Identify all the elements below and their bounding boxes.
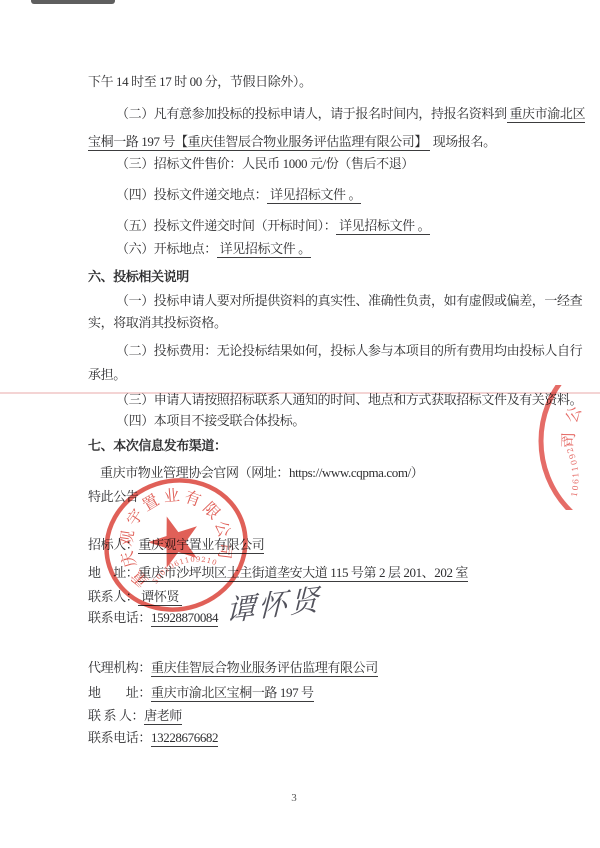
clause-2-underlined-location-1: 重庆市渝北区 [507, 106, 585, 123]
page-number: 3 [0, 792, 588, 804]
svg-text:庆: 庆 [117, 549, 140, 570]
clause-4-submission-place: （四）投标文件递交地点： 详见招标文件 。 [116, 185, 361, 205]
company-seal: 重 庆 观 宇 置 业 有 限 公 司 5001061109210 [100, 475, 252, 615]
clause-2-line-1: （二）凡有意参加投标的投标申请人，请于报名时间内，持报名资料到 重庆市渝北区 [116, 104, 585, 124]
clause-2-line-2: 宝桐一路 197 号【重庆佳智辰合物业服务评估监理有限公司】 现场报名。 [88, 132, 496, 152]
clause-5-value: 详见招标文件 。 [336, 218, 430, 235]
edge-seal-char-1: 公 [562, 404, 586, 426]
svg-text:有: 有 [182, 487, 204, 510]
agent-phone-row: 联系电话：13228676682 [88, 728, 218, 748]
svg-text:公: 公 [211, 518, 234, 539]
agent-phone-value: 13228676682 [151, 730, 218, 747]
clause-5-label: （五）投标文件递交时间（开标时间）： [116, 218, 336, 233]
clause-4-value: 详见招标文件 。 [267, 187, 361, 204]
clause-2-tail: 现场报名。 [430, 134, 496, 149]
section-7-heading: 七、本次信息发布渠道： [88, 436, 227, 456]
svg-text:限: 限 [199, 498, 224, 523]
doc-line-hours: 下午 14 时至 17 时 00 分，节假日除外）。 [88, 72, 312, 92]
agent-address-row: 地 址：重庆市渝北区宝桐一路 197 号 [88, 683, 314, 703]
svg-text:重: 重 [127, 566, 152, 591]
section-6-heading: 六、投标相关说明 [88, 267, 189, 287]
clause-5-submission-time: （五）投标文件递交时间（开标时间）： 详见招标文件 。 [116, 216, 430, 236]
sec6-item4: （四）本项目不接受联合体投标。 [116, 411, 305, 431]
agent-phone-label: 联系电话： [88, 730, 151, 745]
agent-address-value: 重庆市渝北区宝桐一路 197 号 [151, 685, 314, 702]
agent-name-value: 重庆佳智辰合物业服务评估监理有限公司 [151, 660, 378, 677]
agent-name-label: 代理机构： [88, 660, 151, 675]
agent-address-label: 地 址： [88, 685, 151, 700]
agent-contact-value: 唐老师 [144, 708, 182, 725]
scan-smudge [31, 0, 115, 4]
clause-2-underlined-location-2: 宝桐一路 197 号【重庆佳智辰合物业服务评估监理有限公司】 [88, 134, 430, 151]
agent-contact-label: 联 系 人： [88, 708, 144, 723]
agent-contact-row: 联 系 人：唐老师 [88, 706, 182, 726]
clause-3-price: （三）招标文件售价：人民币 1000 元/份（售后不退） [116, 154, 414, 174]
sec6-item1-line1: （一）投标申请人要对所提供资料的真实性、准确性负责，如有虚假或偏差，一经查 [116, 291, 582, 311]
document-page: 下午 14 时至 17 时 00 分，节假日除外）。 （二）凡有意参加投标的投标… [0, 0, 600, 848]
clause-2-text: （二）凡有意参加投标的投标申请人，请于报名时间内，持报名资料到 [116, 106, 507, 121]
sec6-item1-line2: 实，将取消其投标资格。 [88, 313, 227, 333]
sec6-item3: （三）申请人请按照招标联系人通知的时间、地点和方式获取招标文件及有关资料。 [116, 390, 582, 410]
agent-name-row: 代理机构：重庆佳智辰合物业服务评估监理有限公司 [88, 658, 378, 678]
clause-6-label: （六）开标地点： [116, 241, 217, 256]
svg-text:业: 业 [163, 486, 181, 506]
svg-text:宇: 宇 [123, 505, 148, 529]
sec6-item2-line2: 承担。 [88, 365, 126, 385]
edge-seal: 公 司 1061109210 [520, 385, 600, 510]
sec6-item2-line1: （二）投标费用：无论投标结果如何，投标人参与本项目的所有费用均由投标人自行 [116, 341, 582, 361]
clause-6-opening-place: （六）开标地点： 详见招标文件 。 [116, 239, 311, 259]
svg-text:置: 置 [139, 490, 163, 515]
svg-text:观: 观 [116, 529, 137, 548]
svg-text:司: 司 [215, 542, 236, 560]
clause-4-label: （四）投标文件递交地点： [116, 187, 267, 202]
clause-6-value: 详见招标文件 。 [217, 241, 311, 258]
